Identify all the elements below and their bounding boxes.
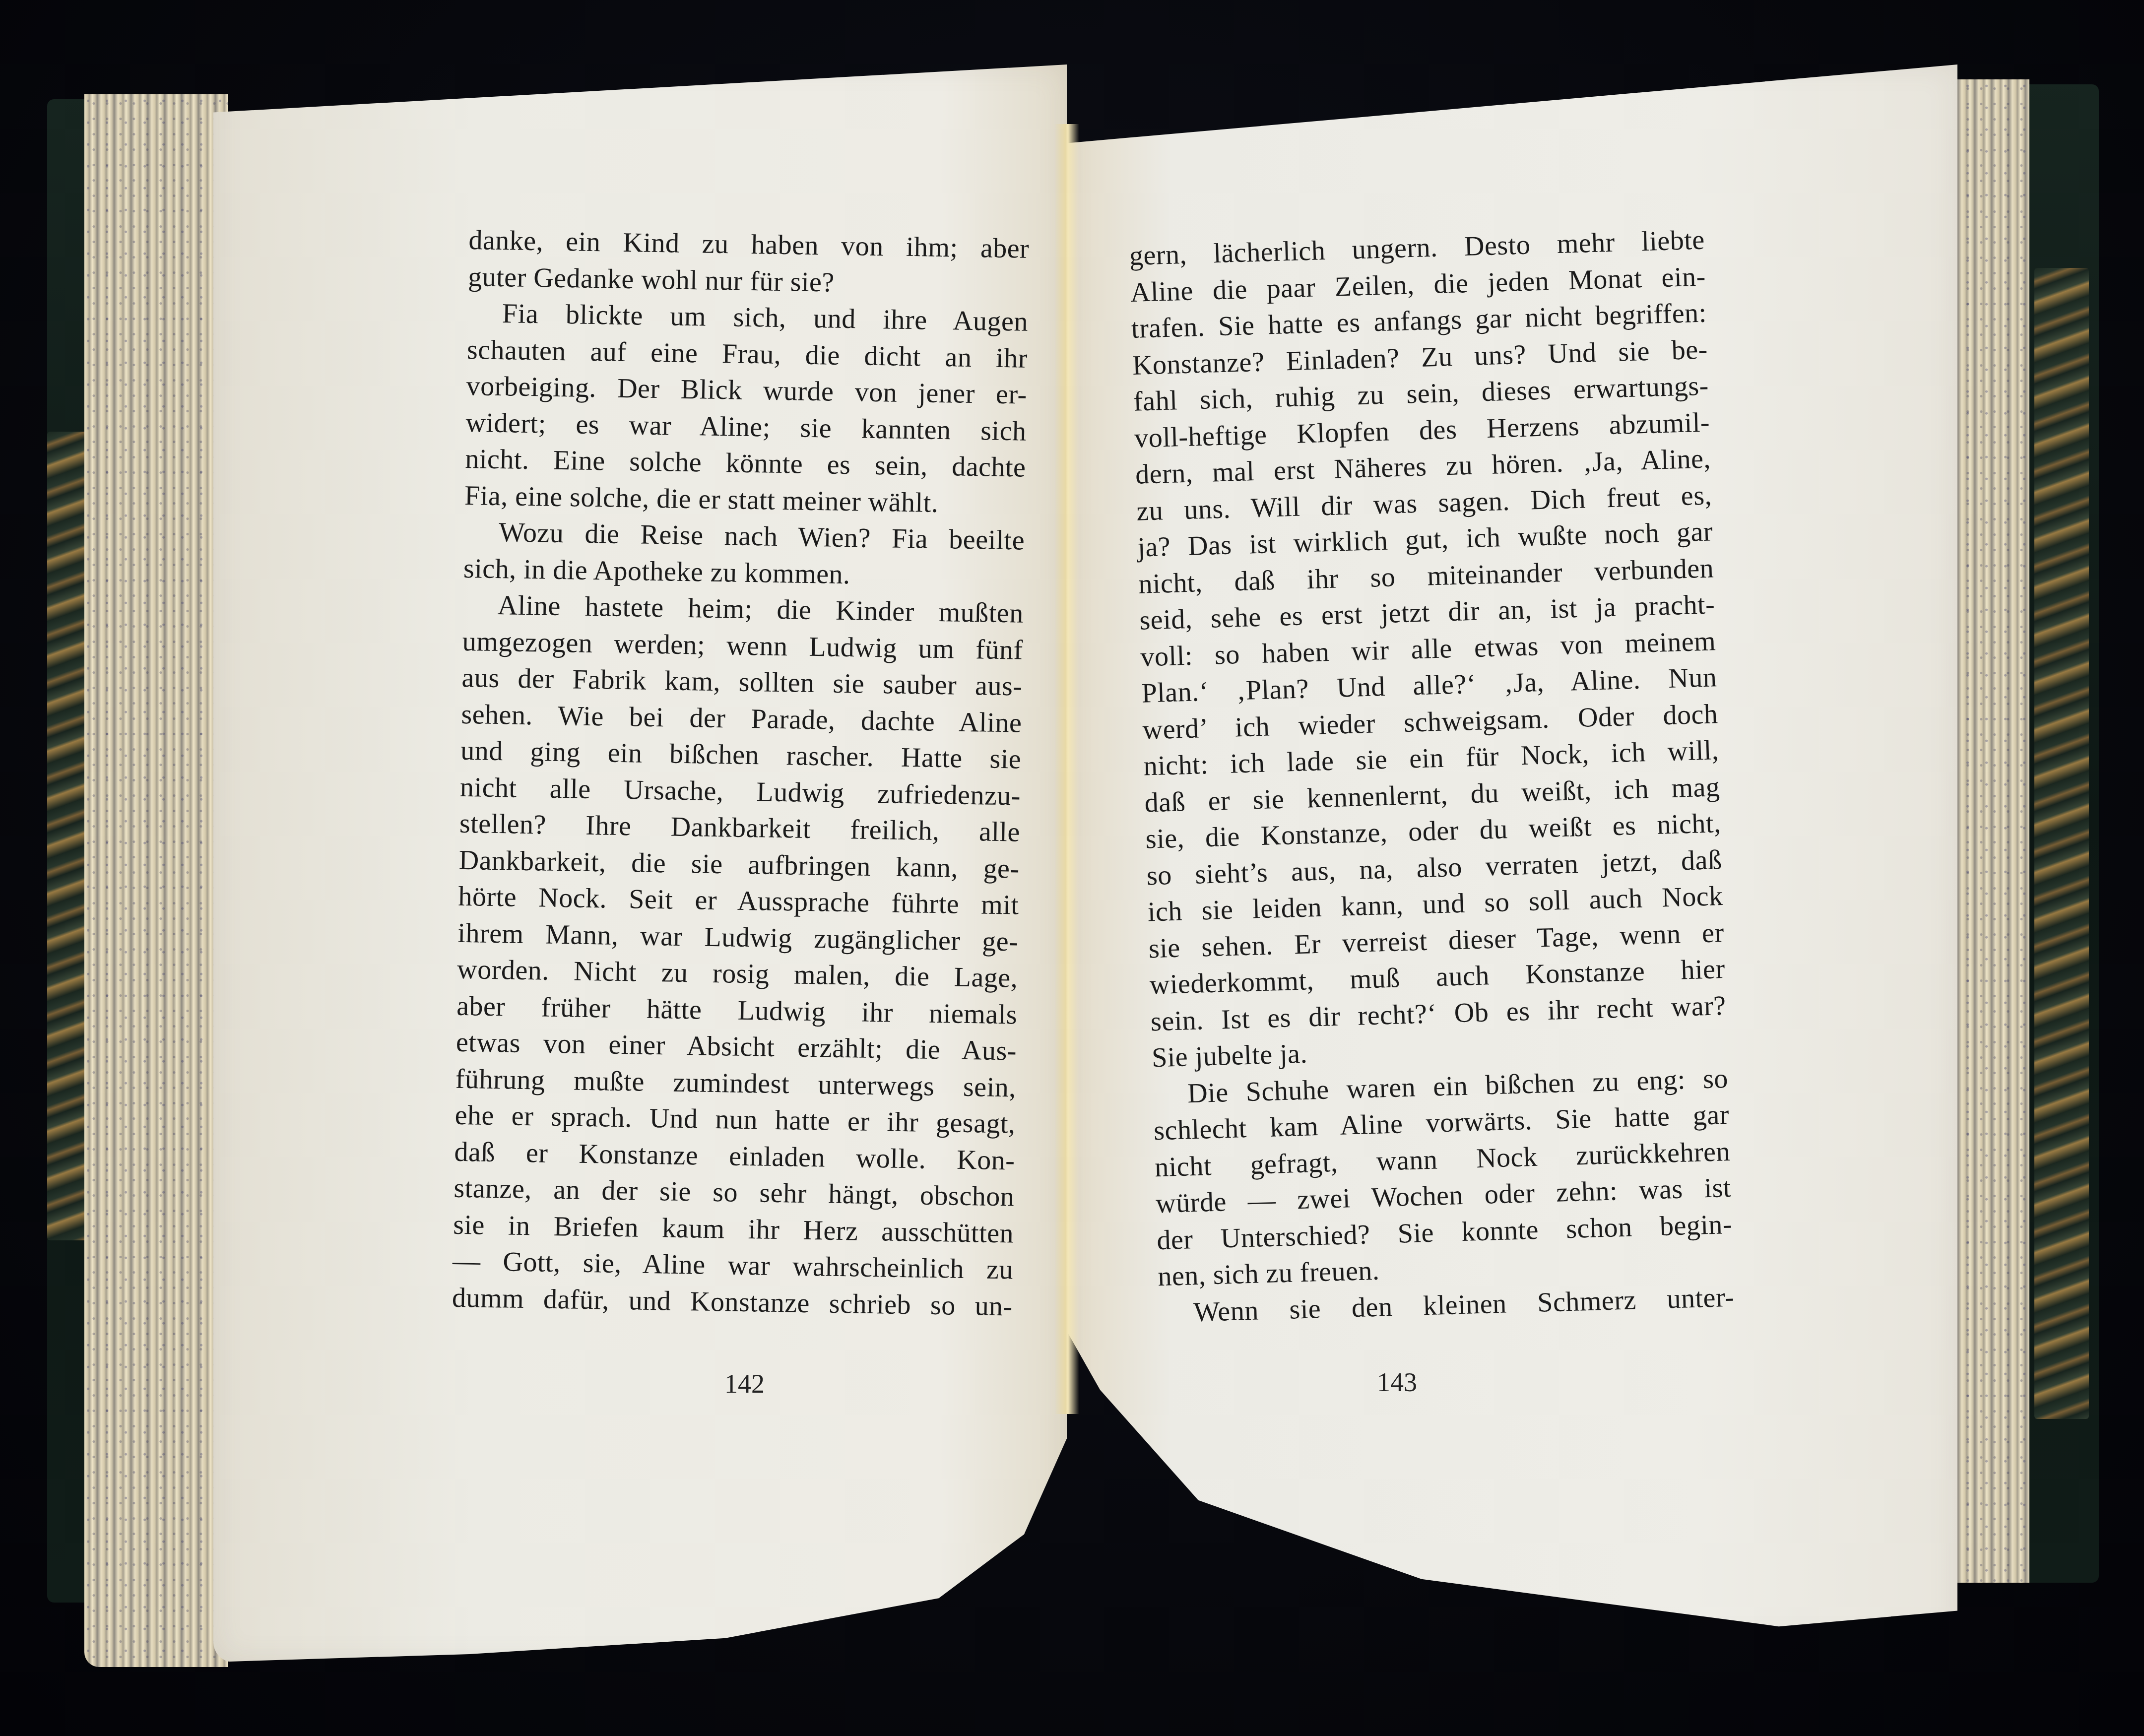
page-number-right: 143 xyxy=(1377,1367,1417,1398)
left-page-text: danke, ein Kind zu haben von ihm; abergu… xyxy=(452,222,1029,1325)
page-stack-edge-right xyxy=(1945,79,2029,1583)
page-stack-edge-left xyxy=(84,94,228,1667)
book-gutter xyxy=(1054,124,1079,1414)
page-number-left: 142 xyxy=(724,1368,765,1399)
photo-scene: danke, ein Kind zu haben von ihm; abergu… xyxy=(0,0,2144,1736)
marbled-endpaper-right xyxy=(2034,268,2089,1419)
right-page-text: gern, lächerlich ungern. Desto mehr lieb… xyxy=(1129,222,1735,1332)
